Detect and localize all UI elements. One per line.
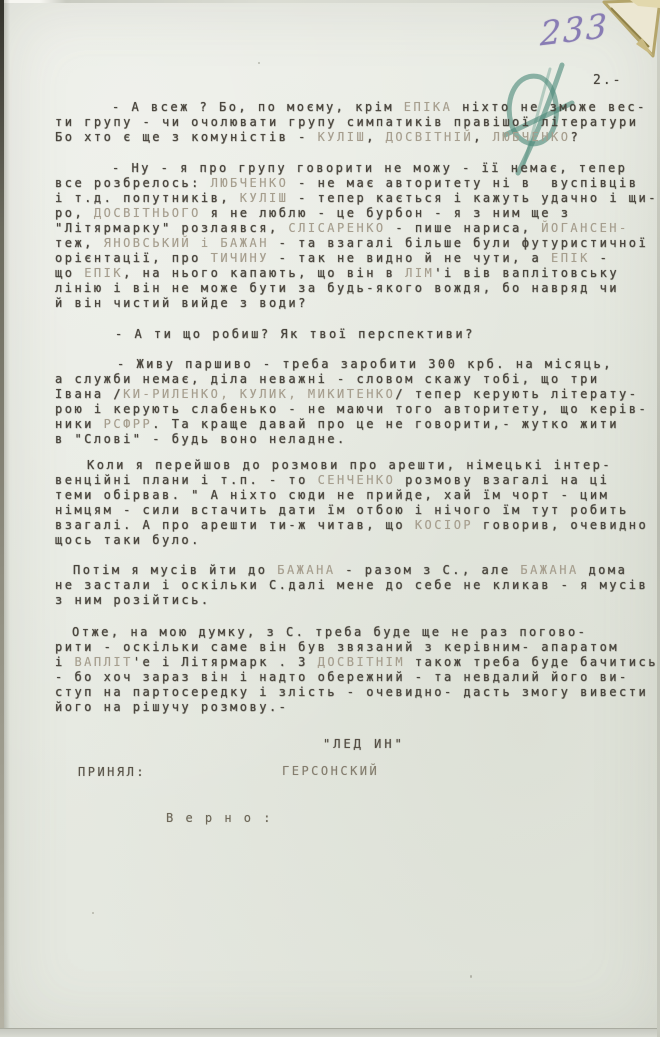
text-line: "Літярмарку" розлаявся, СЛІСАРЕНКО - пиш… <box>55 221 655 236</box>
faded-name: ЯНОВСЬКИЙ і БАЖАН <box>104 236 269 250</box>
faded-name: СЕНЧЕНКО <box>318 473 396 487</box>
agent-alias: "ЛЕД ИН" <box>323 737 405 751</box>
received-label: ПРИНЯЛ: <box>78 765 146 779</box>
paper-speck <box>92 912 94 914</box>
text-line: Івана /КИ-РИЛЕНКО, КУЛИК, МИКИТЕНКО/ теп… <box>55 387 655 402</box>
text-line: орієнтації, про ТИЧИНУ - так не видно й … <box>55 251 655 266</box>
faded-name: ЛЮБЧЕНКО <box>493 130 571 144</box>
certified-label: В е р н о : <box>166 811 273 825</box>
paper-edge-left-shadow <box>4 0 10 1037</box>
faded-name: ЕПІКА <box>404 100 453 114</box>
text-line: - бо хоч зараз він і надто обережний - т… <box>55 670 655 685</box>
text-line: лінію і він не може бути за будь-якого в… <box>55 281 655 296</box>
text-line: німцям - сили встачить дати їм отбою і н… <box>55 503 655 518</box>
text-line: в "Слові" - будь воно неладне. <box>55 432 655 447</box>
text-line: теми обірвав. " А ніхто сюди не прийде, … <box>55 488 655 503</box>
text-line: - А всеж ? Бо, по моєму, крім ЕПІКА ніхт… <box>55 100 655 115</box>
text-line: і ВАПЛІТ'е і Літярмарк . З ДОСВІТНІМ так… <box>55 655 655 670</box>
paragraph: - Ну - я про групу говорити не можу - її… <box>55 161 655 311</box>
text-line: щось таки було. <box>55 533 655 548</box>
paper-speck <box>258 62 260 64</box>
text-line: - Ну - я про групу говорити не можу - її… <box>55 161 655 176</box>
text-line: ступ на партосередку і злість - очевидно… <box>55 685 655 700</box>
faded-name: ЛЮБЧЕНКО <box>211 176 289 190</box>
text-line: що ЕПІК, на нього капають, що він в ЛІМ'… <box>55 266 655 281</box>
faded-name: КОСІОР <box>415 518 473 532</box>
text-line: Потім я мусів йти до БАЖАНА - разом з С.… <box>55 563 655 578</box>
text-line: його на рішучу розмову.- <box>55 700 655 715</box>
text-line: - Живу паршиво - треба заробити 300 крб.… <box>55 357 655 372</box>
text-line: рою і керують слабенько - не маючи того … <box>55 402 655 417</box>
text-line: рити - оскільки саме він був звязаний з … <box>55 640 655 655</box>
paragraph: Отже, на мою думку, з С. треба буде ще н… <box>55 625 655 715</box>
faded-name: БАЖАНА <box>520 563 578 577</box>
faded-name: ЛІМ <box>405 266 434 280</box>
receiver-name: ГЕРСОНСКИЙ <box>282 764 379 778</box>
paragraph: Коли я перейшов до розмови про арешти, н… <box>55 458 655 548</box>
text-line: Бо хто є ще з комуністів - КУЛІШ, ДОСВІТ… <box>55 130 655 145</box>
text-line: - А ти що робиш? Як твої перспективи? <box>55 327 655 342</box>
faded-name: КИ-РИЛЕНКО, КУЛИК, МИКИТЕНКО <box>123 387 395 401</box>
text-line: Коли я перейшов до розмови про арешти, н… <box>55 458 655 473</box>
faded-name: ВАПЛІТ <box>74 655 132 669</box>
paragraph: - А всеж ? Бо, по моєму, крім ЕПІКА ніхт… <box>55 100 655 145</box>
faded-name: ДОСВІТНІЙ <box>386 130 474 144</box>
scanned-document-page: 233 2.- - А всеж ? Бо, по моєму, крім ЕП… <box>0 0 660 1037</box>
text-line: взагалі. А про арешти ти-ж читав, що КОС… <box>55 518 655 533</box>
text-line: не застали і оскільки С.далі мене до себ… <box>55 578 655 593</box>
document-body: - А всеж ? Бо, по моєму, крім ЕПІКА ніхт… <box>55 0 655 1037</box>
faded-name: ЕПІК <box>551 251 590 265</box>
text-line: Отже, на мою думку, з С. треба буде ще н… <box>55 625 655 640</box>
faded-name: СЛІСАРЕНКО <box>288 221 385 235</box>
faded-name: БАЖАНА <box>277 563 335 577</box>
faded-name: ТИЧИНУ <box>211 251 269 265</box>
faded-name: ЙОГАНСЕН- <box>541 221 629 235</box>
text-line: теж, ЯНОВСЬКИЙ і БАЖАН - та взагалі біль… <box>55 236 655 251</box>
text-line: а служби немає, діла неважні - словом ск… <box>55 372 655 387</box>
paragraph: - А ти що робиш? Як твої перспективи? <box>55 327 655 342</box>
faded-name: ЕПІК <box>84 266 123 280</box>
paper-speck <box>470 975 472 978</box>
paragraph: - Живу паршиво - треба заробити 300 крб.… <box>55 357 655 447</box>
faded-name: РСФРР <box>104 417 153 431</box>
faded-name: ДОСВІТНІМ <box>318 655 406 669</box>
text-line: ро, ДОСВІТНЬОГО я не люблю - це бурбон -… <box>55 206 655 221</box>
text-line: з ним розійтись. <box>55 593 655 608</box>
faded-name: КУЛІШ <box>318 130 367 144</box>
text-line: і т.д. попутників, КУЛІШ - тепер кається… <box>55 191 655 206</box>
text-line: ники РСФРР. Та краще давай про це не гов… <box>55 417 655 432</box>
text-line: ти групу - чи очолювати групу симпатиків… <box>55 115 655 130</box>
text-line: й він чистий вийде з води? <box>55 296 655 311</box>
text-line: все розбрелось: ЛЮБЧЕНКО - не має автори… <box>55 176 655 191</box>
faded-name: КУЛІШ <box>240 191 289 205</box>
text-line: венційні плани і т.п. - то СЕНЧЕНКО розм… <box>55 473 655 488</box>
faded-name: ДОСВІТНЬОГО <box>94 206 201 220</box>
paragraph: Потім я мусів йти до БАЖАНА - разом з С.… <box>55 563 655 608</box>
